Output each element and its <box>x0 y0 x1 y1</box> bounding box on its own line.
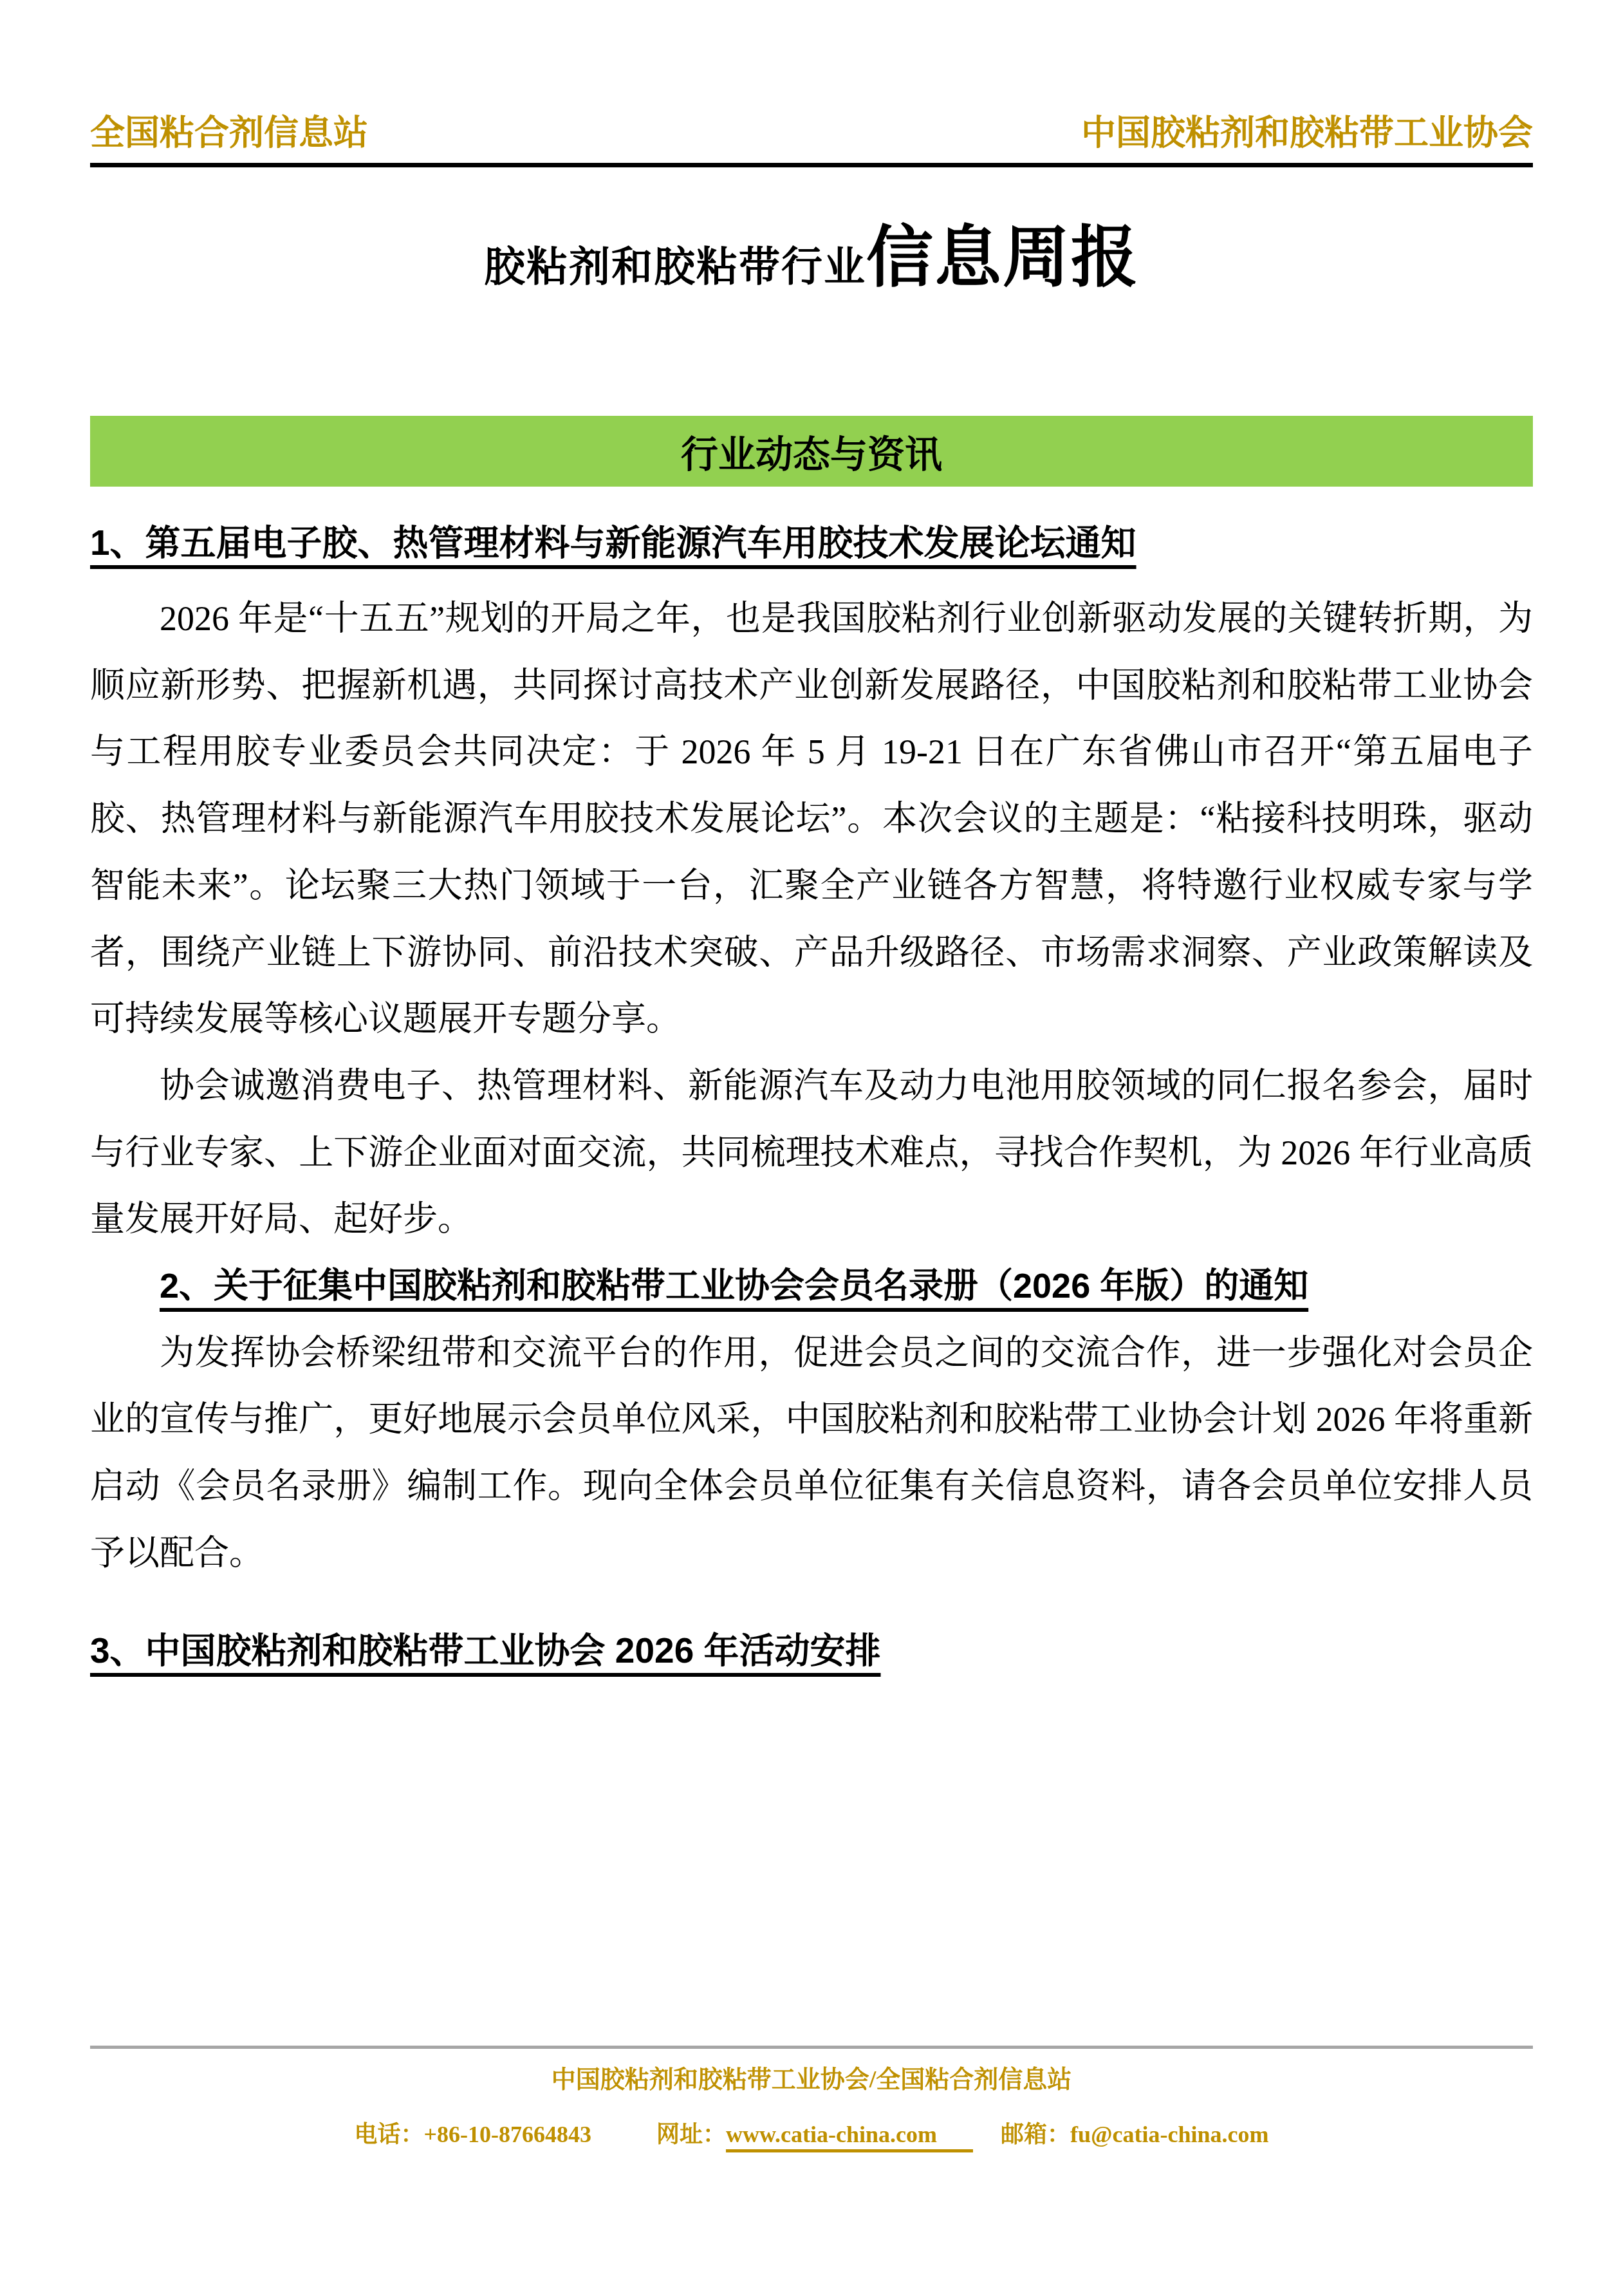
section3-heading-text: 3、中国胶粘剂和胶粘带工业协会 2026 年活动安排 <box>90 1630 881 1670</box>
footer-web-group: 网址：www.catia-china.com <box>656 2116 973 2152</box>
footer-phone-group: 电话：+86-10-87664843 <box>355 2116 592 2149</box>
document-title: 胶粘剂和胶粘带行业信息周报 <box>90 203 1533 300</box>
document-page: 全国粘合剂信息站 中国胶粘剂和胶粘带工业协会 胶粘剂和胶粘带行业信息周报 行业动… <box>0 0 1623 2296</box>
section1-paragraph-1: 2026 年是“十五五”规划的开局之年，也是我国胶粘剂行业创新驱动发展的关键转折… <box>90 586 1533 1053</box>
footer-email-label: 邮箱： <box>1001 2122 1070 2147</box>
footer-web-label: 网址： <box>656 2122 726 2147</box>
section2-heading: 2、关于征集中国胶粘剂和胶粘带工业协会会员名录册（2026 年版）的通知 <box>90 1253 1533 1320</box>
section3-heading: 3、中国胶粘剂和胶粘带工业协会 2026 年活动安排 <box>90 1625 1533 1677</box>
footer-rule <box>90 2046 1533 2049</box>
masthead: 全国粘合剂信息站 中国胶粘剂和胶粘带工业协会 <box>90 115 1533 153</box>
footer-contacts: 电话：+86-10-87664843 网址：www.catia-china.co… <box>90 2116 1533 2152</box>
footer-email-group: 邮箱：fu@catia-china.com <box>1001 2116 1268 2149</box>
masthead-right-org: 中国胶粘剂和胶粘带工业协会 <box>1081 115 1533 153</box>
section-banner-label: 行业动态与资讯 <box>681 424 942 478</box>
footer-org-line: 中国胶粘剂和胶粘带工业协会/全国粘合剂信息站 <box>90 2059 1533 2095</box>
section1-heading-text: 1、第五届电子胶、热管理材料与新能源汽车用胶技术发展论坛通知 <box>90 523 1136 563</box>
footer-email-value: fu@catia-china.com <box>1070 2122 1268 2147</box>
section2-paragraph-1: 为发挥协会桥梁纽带和交流平台的作用，促进会员之间的交流合作，进一步强化对会员企业… <box>90 1320 1533 1587</box>
section-banner: 行业动态与资讯 <box>90 416 1533 487</box>
footer-web-link[interactable]: www.catia-china.com <box>726 2121 973 2152</box>
section1-paragraph-2: 协会诚邀消费电子、热管理材料、新能源汽车及动力电池用胶领域的同仁报名参会，届时与… <box>90 1053 1533 1253</box>
document-title-prefix: 胶粘剂和胶粘带行业 <box>484 243 866 290</box>
footer-phone-label: 电话： <box>355 2122 424 2147</box>
footer-phone-value: +86-10-87664843 <box>424 2122 592 2147</box>
section2-heading-text: 2、关于征集中国胶粘剂和胶粘带工业协会会员名录册（2026 年版）的通知 <box>160 1267 1308 1305</box>
section1-heading: 1、第五届电子胶、热管理材料与新能源汽车用胶技术发展论坛通知 <box>90 518 1533 569</box>
document-content: 全国粘合剂信息站 中国胶粘剂和胶粘带工业协会 胶粘剂和胶粘带行业信息周报 行业动… <box>0 0 1623 1677</box>
masthead-rule <box>90 163 1533 167</box>
page-footer: 中国胶粘剂和胶粘带工业协会/全国粘合剂信息站 电话：+86-10-8766484… <box>90 2046 1533 2152</box>
document-title-main: 信息周报 <box>866 221 1139 295</box>
masthead-left-org: 全国粘合剂信息站 <box>90 115 368 153</box>
